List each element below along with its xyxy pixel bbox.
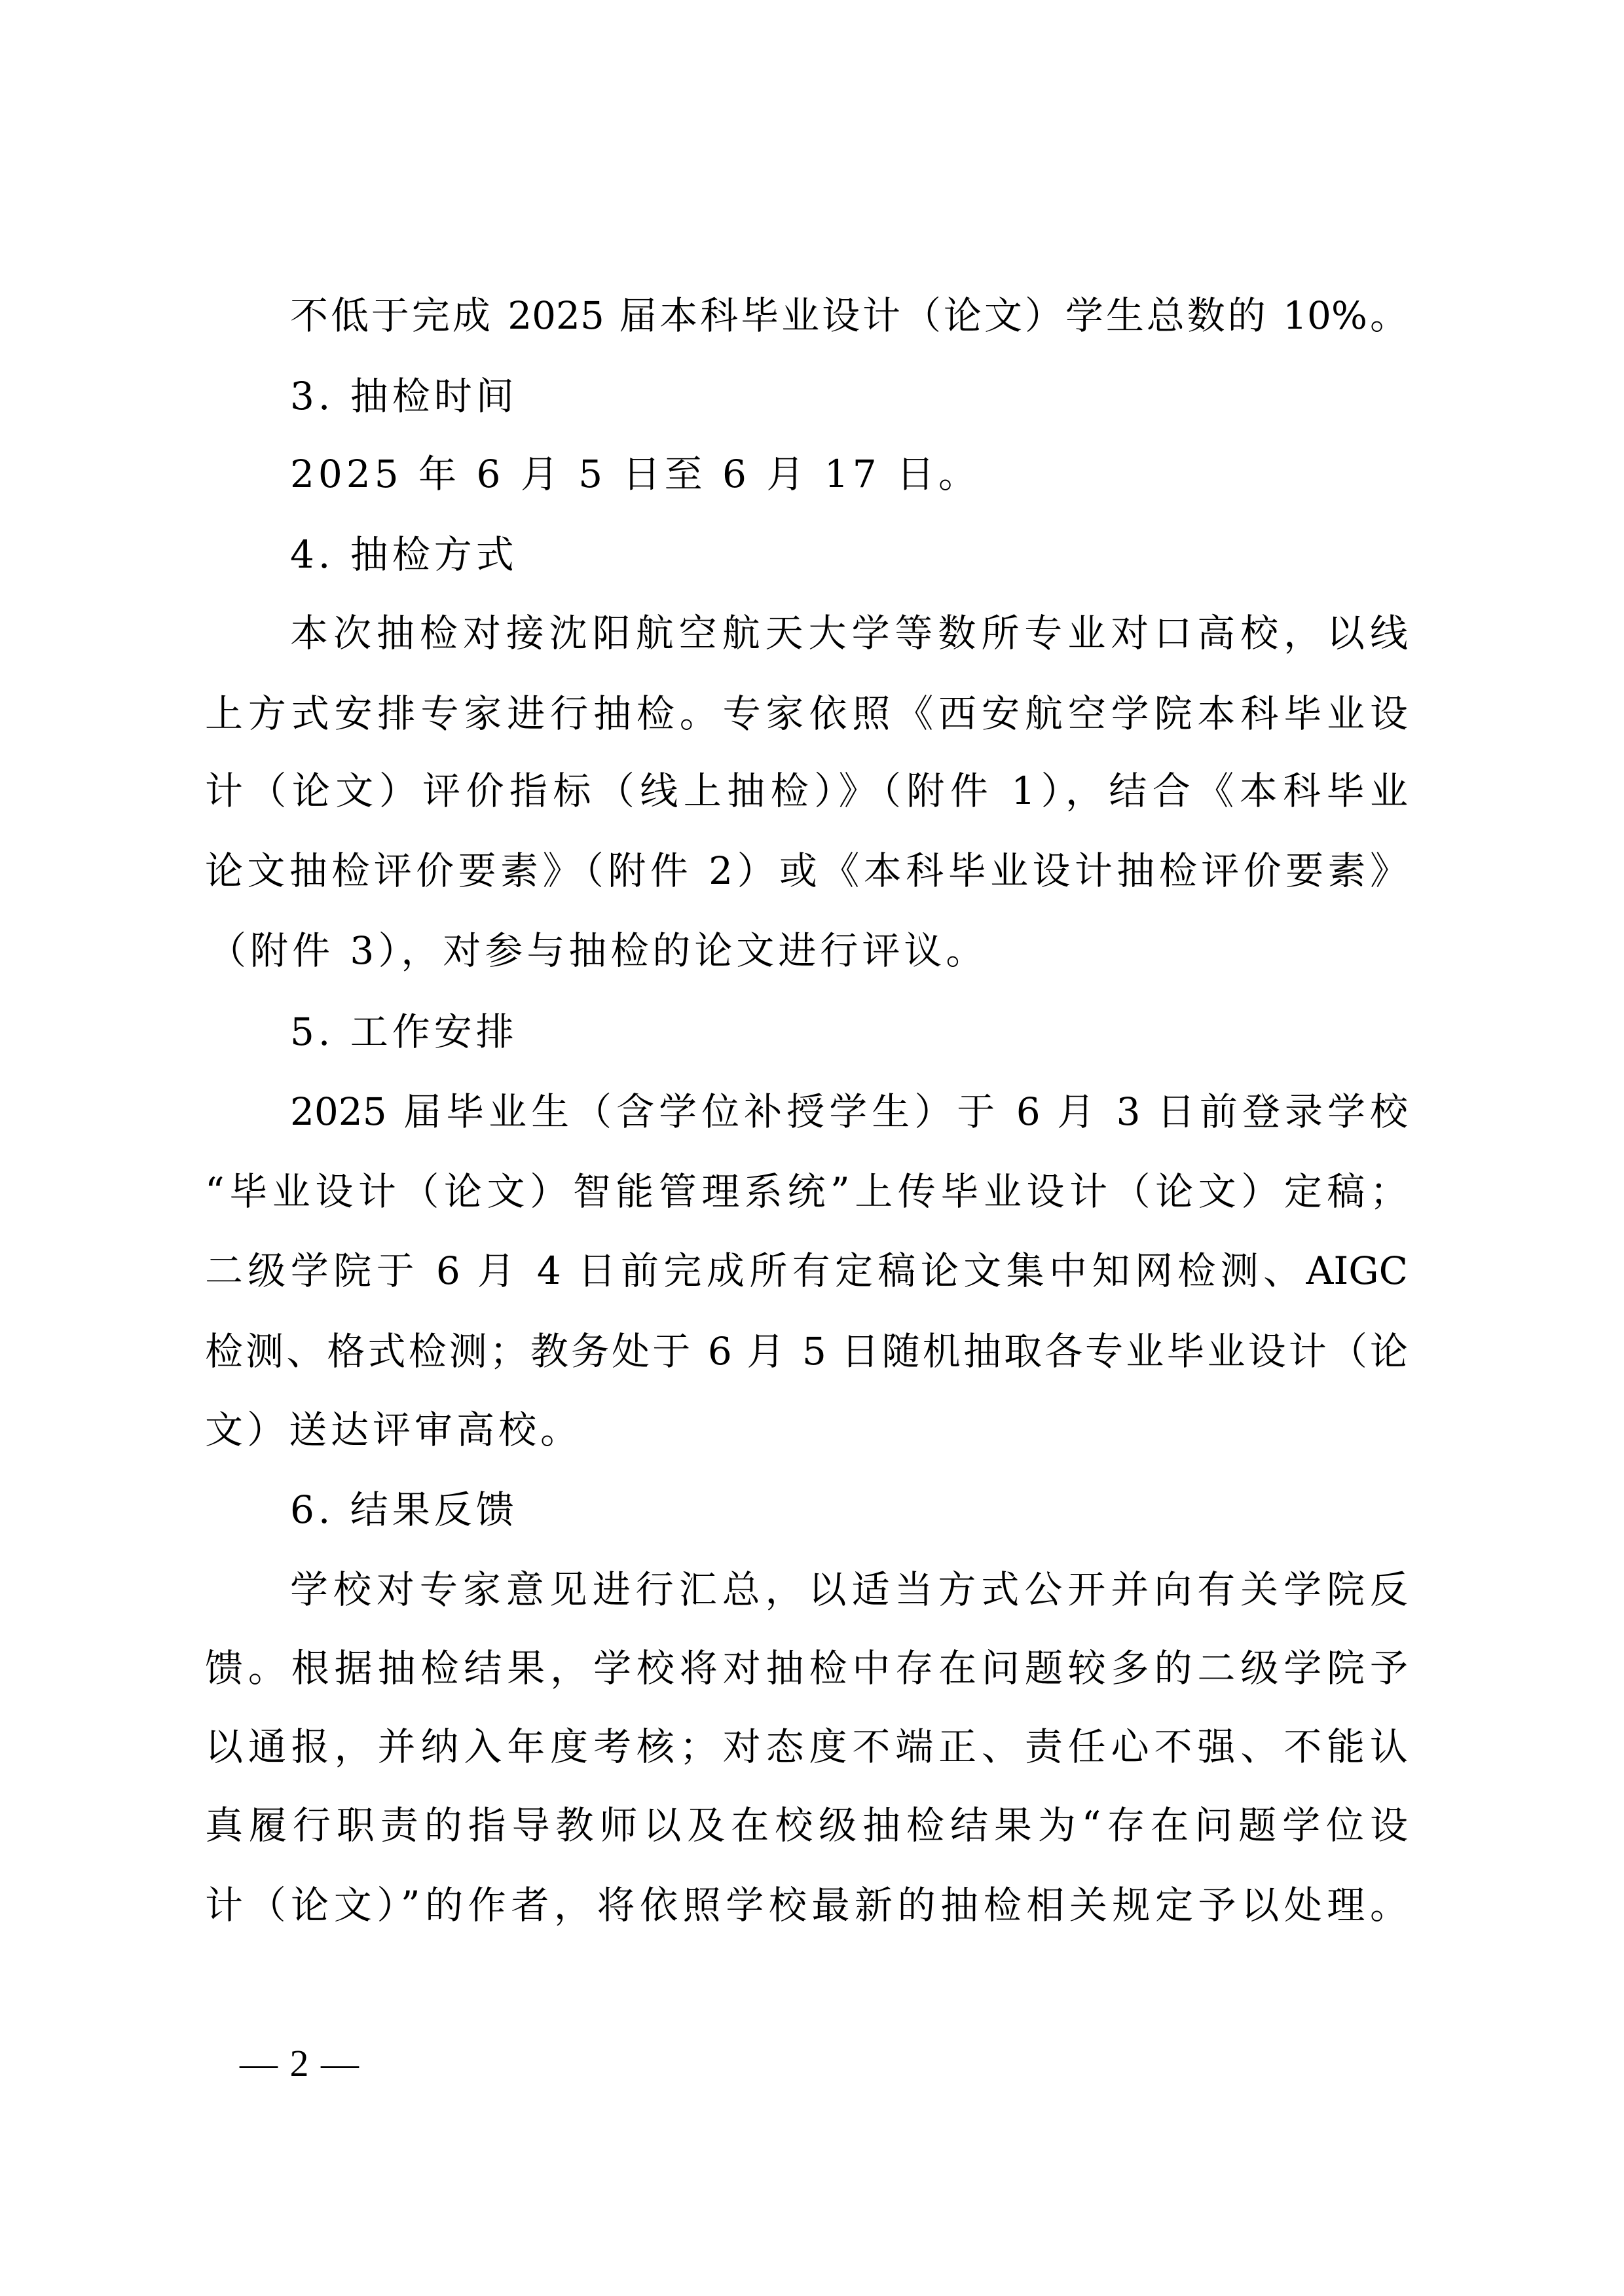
paragraph-line: 文）送达评审高校。 <box>205 1391 582 1470</box>
paragraph-line: “毕业设计（论文）智能管理系统”上传毕业设计（论文）定稿； <box>205 1152 1408 1231</box>
paragraph-line: 2025 年 6 月 5 日至 6 月 17 日。 <box>290 435 980 514</box>
paragraph-line: 不低于完成 2025 届本科毕业设计（论文）学生总数的 10%。 <box>290 276 1408 355</box>
section-heading-sampling-time: 3. 抽检时间 <box>290 357 518 436</box>
paragraph-line: 计（论文）评价指标（线上抽检）》（附件 1），结合《本科毕业 <box>205 752 1408 831</box>
paragraph-line: 检测、格式检测；教务处于 6 月 5 日随机抽取各专业毕业设计（论 <box>205 1312 1408 1391</box>
paragraph-line: 本次抽检对接沈阳航空航天大学等数所专业对口高校，以线 <box>290 594 1408 673</box>
paragraph-line: 二级学院于 6 月 4 日前完成所有定稿论文集中知网检测、AIGC <box>205 1231 1408 1311</box>
paragraph-line: 以通报，并纳入年度考核；对态度不端正、责任心不强、不能认 <box>205 1707 1408 1787</box>
paragraph-line: （附件 3），对参与抽检的论文进行评议。 <box>208 911 987 991</box>
paragraph-line: 馈。根据抽检结果，学校将对抽检中存在问题较多的二级学院予 <box>205 1629 1408 1708</box>
section-heading-sampling-method: 4. 抽检方式 <box>290 515 518 594</box>
document-page: 不低于完成 2025 届本科毕业设计（论文）学生总数的 10%。 3. 抽检时间… <box>0 0 1624 2296</box>
paragraph-line: 真履行职责的指导教师以及在校级抽检结果为“存在问题学位设 <box>205 1786 1408 1865</box>
paragraph-line: 上方式安排专家进行抽检。专家依照《西安航空学院本科毕业设 <box>205 674 1408 754</box>
section-heading-work-arrangement: 5. 工作安排 <box>290 993 518 1072</box>
paragraph-line: 学校对专家意见进行汇总，以适当方式公开并向有关学院反 <box>290 1550 1408 1630</box>
paragraph-line: 计（论文）”的作者，将依照学校最新的抽检相关规定予以处理。 <box>205 1866 1408 1945</box>
paragraph-line: 2025 届毕业生（含学位补授学生）于 6 月 3 日前登录学校 <box>290 1072 1408 1152</box>
page-number: — 2 — <box>240 2037 360 2090</box>
paragraph-line: 论文抽检评价要素》（附件 2）或《本科毕业设计抽检评价要素》 <box>205 831 1408 911</box>
section-heading-result-feedback: 6. 结果反馈 <box>290 1470 518 1550</box>
